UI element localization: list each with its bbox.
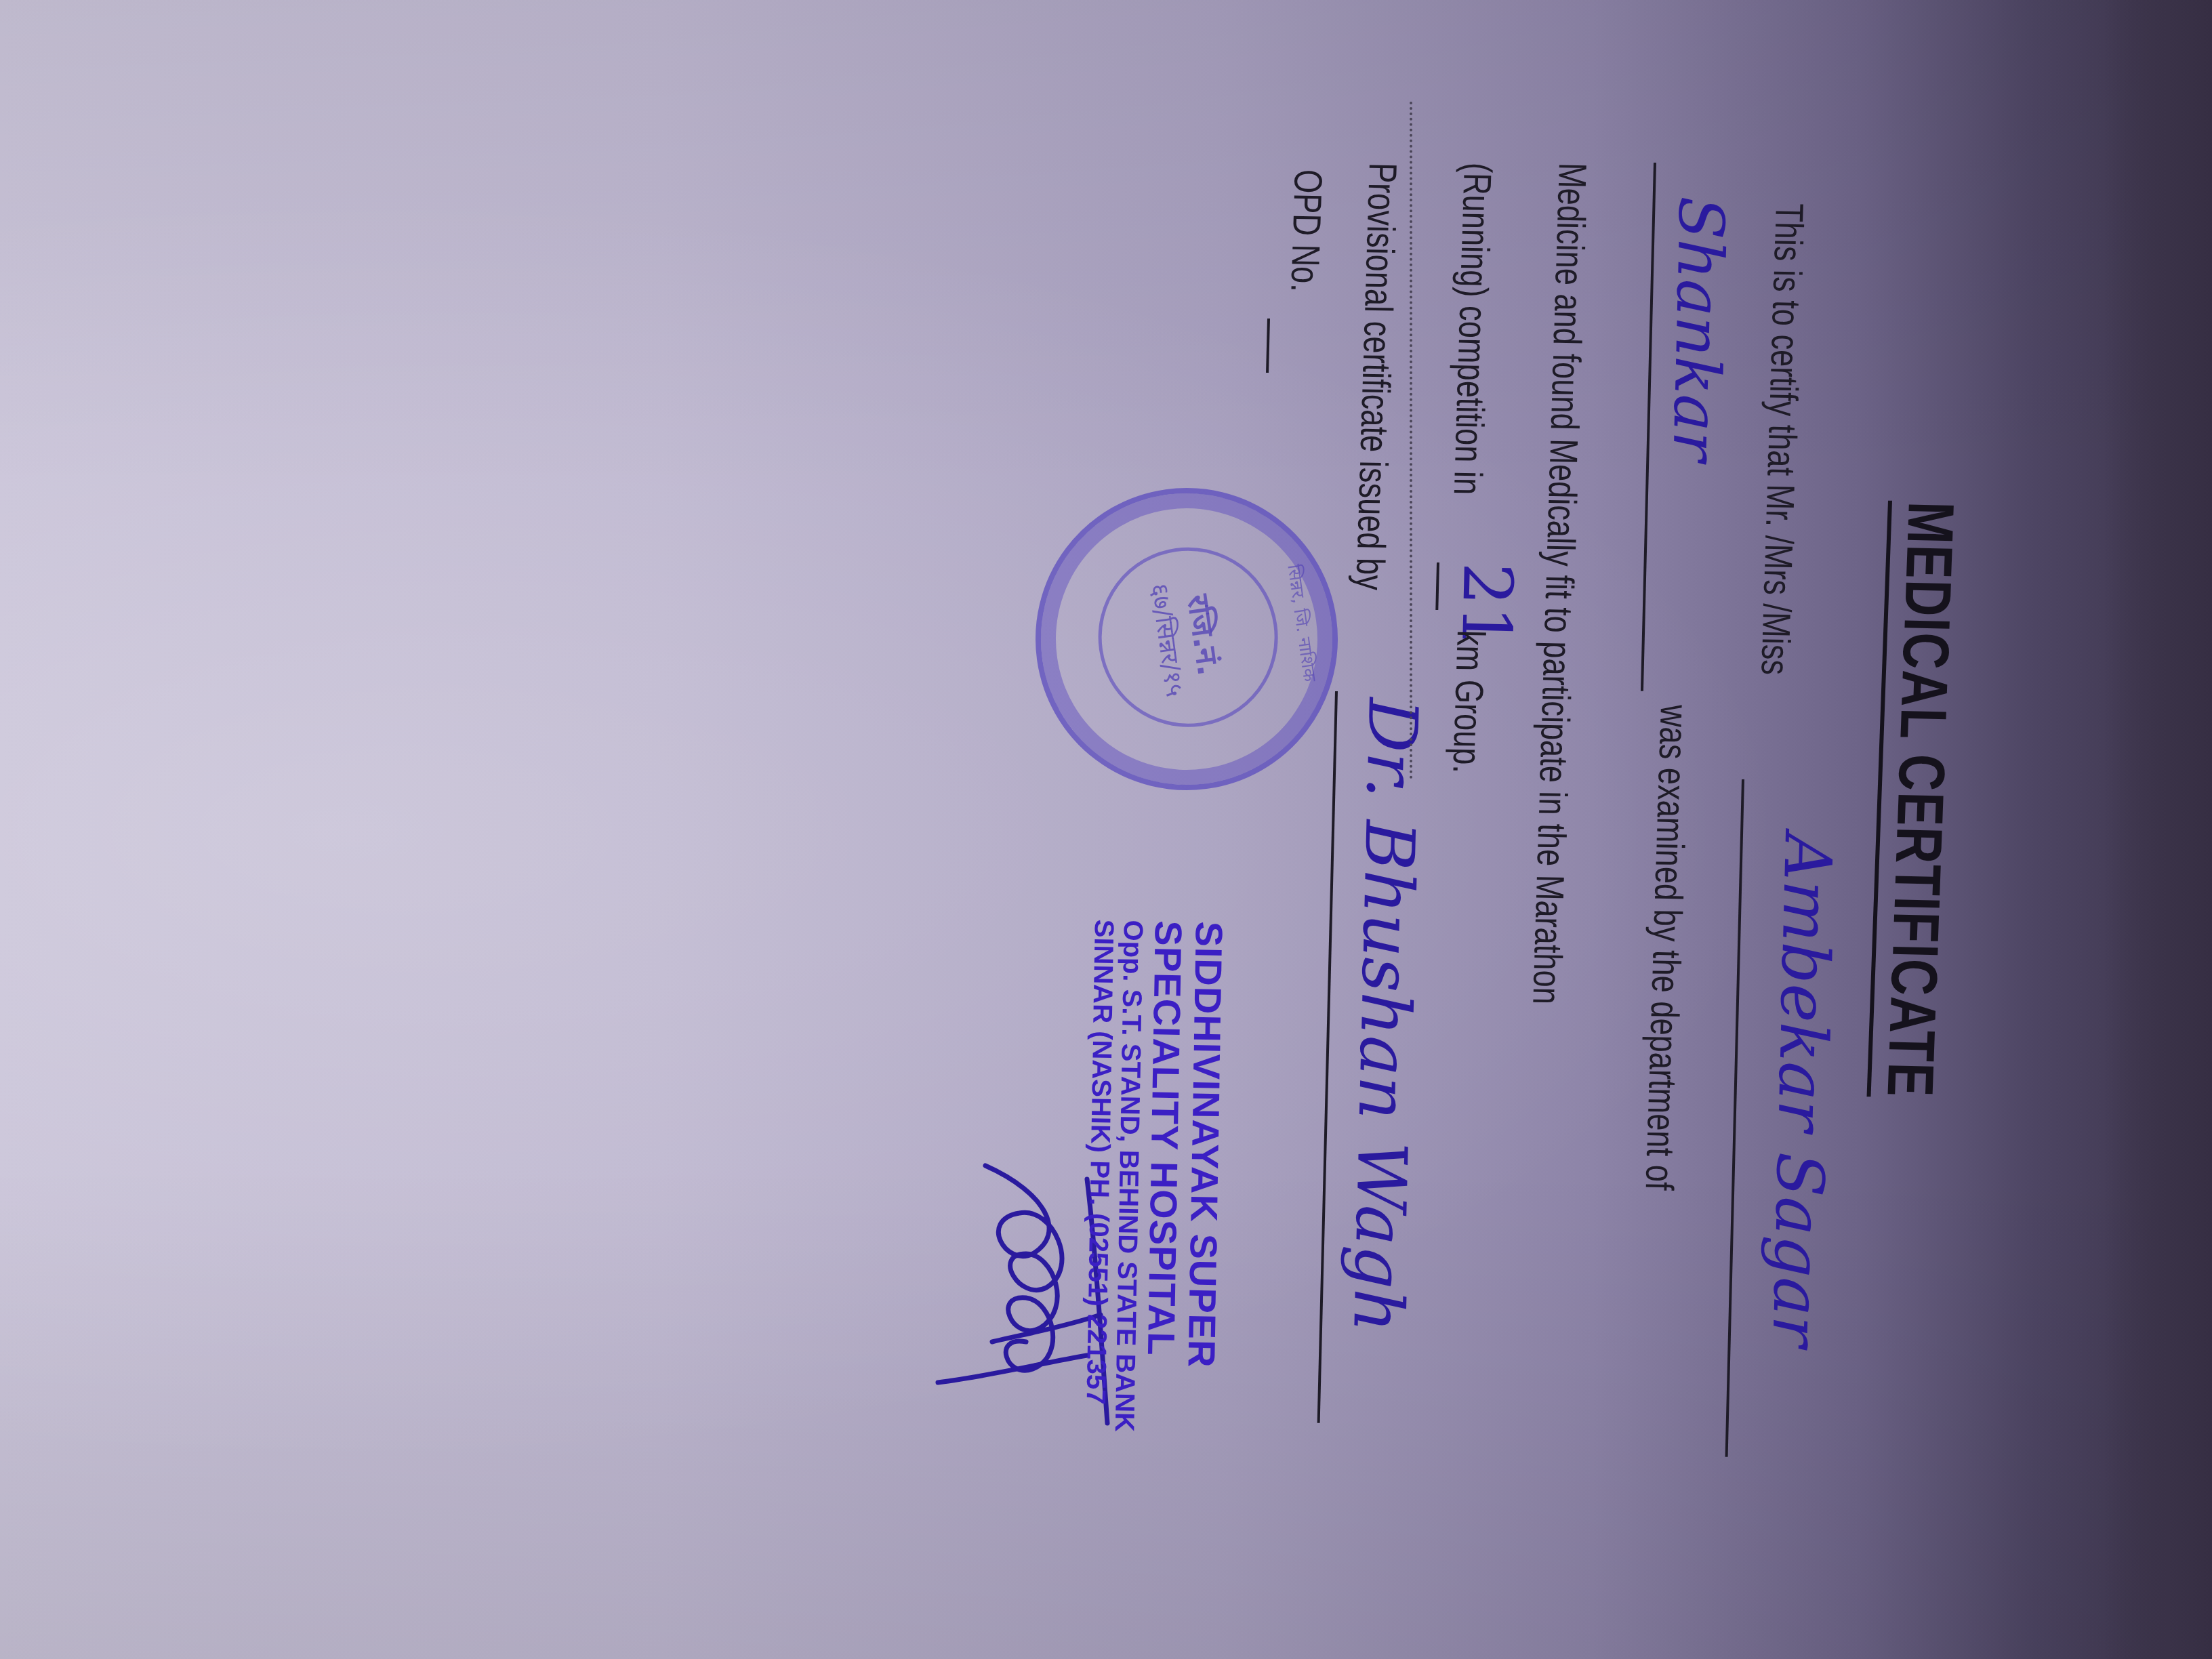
handwritten-name: Ambekar Sagar (1757, 833, 1845, 1349)
hospital-stamp: SIDDHIVINAYAK SUPER SPECIALITY HOSPITAL … (1080, 919, 1229, 1433)
km-group-text: km Group. (1443, 630, 1494, 773)
medicine-text: Medicine and found Medically fit to part… (1523, 162, 1595, 1004)
certificate-page: MEDICAL CERTIFICATE This is to certify t… (0, 0, 2212, 1659)
handwritten-name-line2: Shankar (1658, 196, 1738, 462)
certify-text: This is to certify that Mr. /Mrs /Miss (1752, 203, 1812, 675)
fold-dotted-line (1410, 102, 1412, 779)
handwritten-issuer: Dr. Bhushan Wagh (1338, 697, 1433, 1334)
issued-by-text: Provisional certificate issued by (1347, 162, 1406, 590)
opd-label: OPD No. (1282, 169, 1331, 292)
name-line2-underline (1641, 163, 1656, 691)
examined-text: was examined by the department of (1637, 704, 1697, 1191)
round-registration-seal: सिन्नर, जि. नाशिक रजि.नं. ६७/सिन्नर/१५ (1016, 468, 1357, 810)
distance-underline (1435, 562, 1439, 610)
competition-text: (Running) competition in (1445, 162, 1500, 495)
name-underline (1725, 779, 1744, 1457)
issued-by-underline (1317, 691, 1338, 1423)
document-title: MEDICAL CERTIFICATE (1867, 501, 1968, 1099)
opd-underline (1266, 319, 1270, 373)
